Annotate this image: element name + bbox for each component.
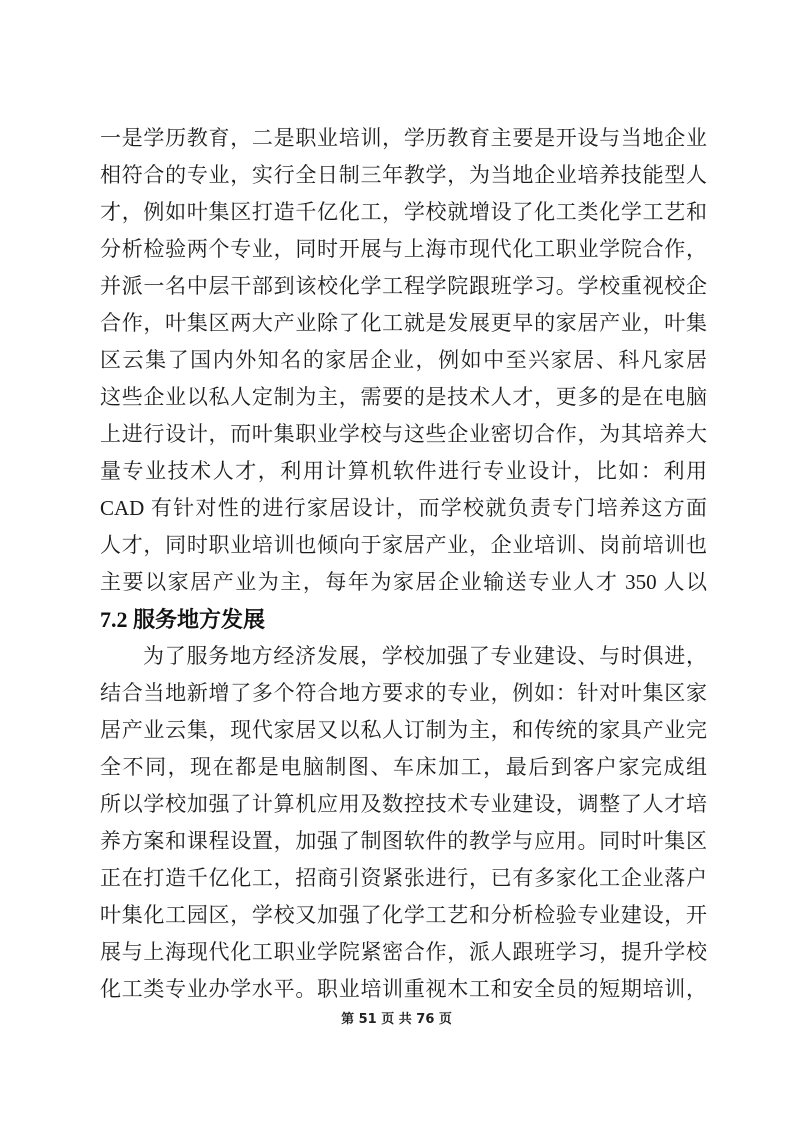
text-line: 这些企业以私人定制为主，需要的是技术人才，更多的是在电脑 (100, 379, 707, 416)
text-line: CAD 有针对性的进行家居设计，而学校就负责专门培养这方面 (100, 490, 707, 527)
paragraph: 为了服务地方经济发展，学校加强了专业建设、与时俱进， 结合当地新增了多个符合地方… (100, 638, 707, 1008)
text-line: 分析检验两个专业，同时开展与上海市现代化工职业学院合作， (100, 231, 707, 268)
text-line: 主要以家居产业为主，每年为家居企业输送专业人才 350 人以上。 (100, 564, 707, 601)
text-line: 量专业技术人才，利用计算机软件进行专业设计，比如：利用 (100, 453, 707, 490)
text-line: 叶集化工园区，学校又加强了化学工艺和分析检验专业建设，开 (100, 897, 707, 934)
text-line: 全不同，现在都是电脑制图、车床加工，最后到客户家完成组装， (100, 749, 707, 786)
text-line: 区云集了国内外知名的家居企业，例如中至兴家居、科凡家居等， (100, 342, 707, 379)
paragraph-continuation: 一是学历教育，二是职业培训，学历教育主要是开设与当地企业 相符合的专业，实行全日… (100, 120, 707, 601)
text-line: 相符合的专业，实行全日制三年教学，为当地企业培养技能型人 (100, 157, 707, 194)
text-line: 人才，同时职业培训也倾向于家居产业，企业培训、岗前培训也 (100, 527, 707, 564)
text-line: 上进行设计，而叶集职业学校与这些企业密切合作，为其培养大 (100, 416, 707, 453)
text-line: 养方案和课程设置，加强了制图软件的教学与应用。同时叶集区 (100, 823, 707, 860)
text-line: 正在打造千亿化工，招商引资紧张进行，已有多家化工企业落户 (100, 860, 707, 897)
page-number-footer: 第 51 页 共 76 页 (0, 1005, 793, 1035)
text-line: 化工类专业办学水平。职业培训重视木工和安全员的短期培训， (100, 971, 707, 1008)
text-line: 才，例如叶集区打造千亿化工，学校就增设了化工类化学工艺和 (100, 194, 707, 231)
text-line: 所以学校加强了计算机应用及数控技术专业建设，调整了人才培 (100, 786, 707, 823)
text-line: 为了服务地方经济发展，学校加强了专业建设、与时俱进， (100, 638, 707, 675)
text-line: 结合当地新增了多个符合地方要求的专业，例如：针对叶集区家 (100, 675, 707, 712)
text-line: 一是学历教育，二是职业培训，学历教育主要是开设与当地企业 (100, 120, 707, 157)
document-content: 一是学历教育，二是职业培训，学历教育主要是开设与当地企业 相符合的专业，实行全日… (100, 120, 707, 1008)
text-line: 展与上海现代化工职业学院紧密合作，派人跟班学习，提升学校 (100, 934, 707, 971)
text-line: 并派一名中层干部到该校化学工程学院跟班学习。学校重视校企 (100, 268, 707, 305)
document-page: 一是学历教育，二是职业培训，学历教育主要是开设与当地企业 相符合的专业，实行全日… (0, 0, 793, 1122)
text-line: 合作，叶集区两大产业除了化工就是发展更早的家居产业，叶集 (100, 305, 707, 342)
text-line: 居产业云集，现代家居又以私人订制为主，和传统的家具产业完 (100, 712, 707, 749)
section-heading: 7.2 服务地方发展 (100, 601, 707, 638)
